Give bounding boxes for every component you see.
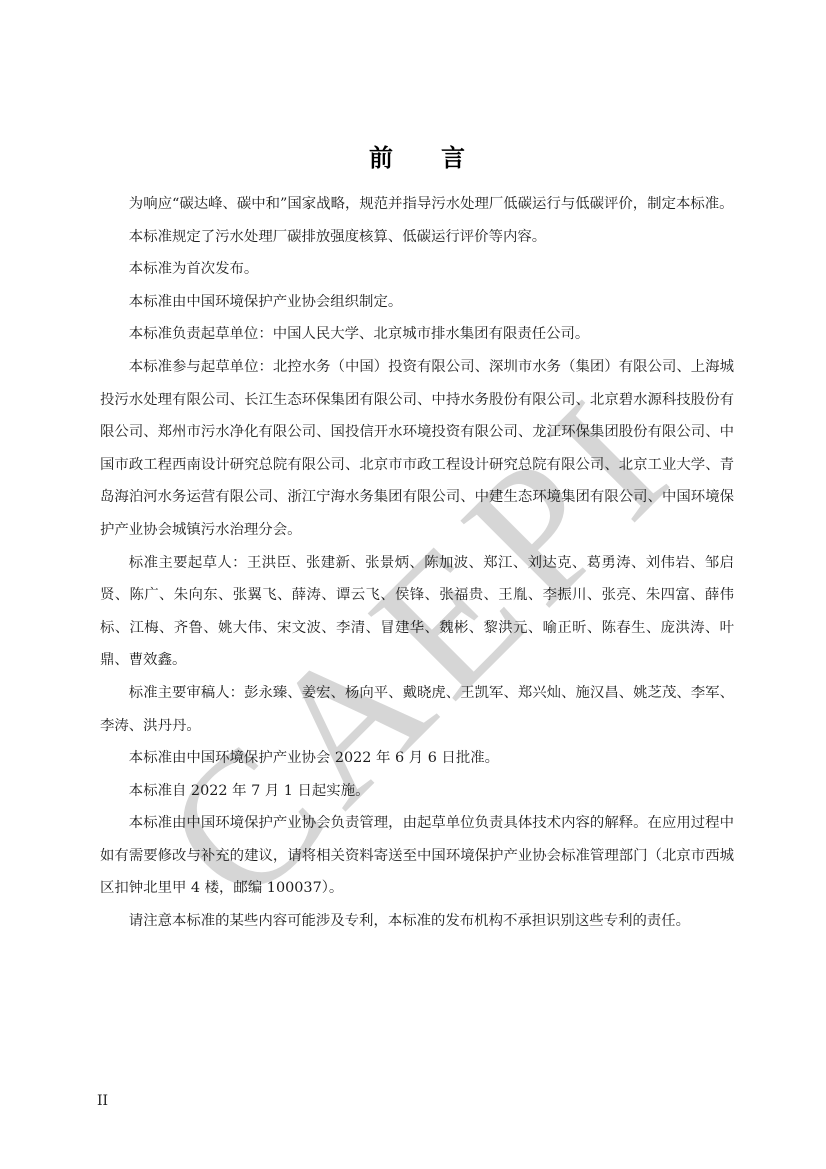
paragraph-4: 本标准由中国环境保护产业协会组织制定。 bbox=[100, 286, 734, 319]
paragraph-6: 本标准参与起草单位：北控水务（中国）投资有限公司、深圳市水务（集团）有限公司、上… bbox=[100, 351, 734, 547]
paragraph-12: 请注意本标准的某些内容可能涉及专利，本标准的发布机构不承担识别这些专利的责任。 bbox=[100, 905, 734, 938]
page-title: 前 言 bbox=[100, 143, 734, 173]
document-page: CAEPI 前 言 为响应“碳达峰、碳中和”国家战略，规范并指导污水处理厂低碳运… bbox=[0, 0, 826, 1169]
page-number: II bbox=[97, 1092, 108, 1110]
paragraph-10: 本标准自 2022 年 7 月 1 日起实施。 bbox=[100, 775, 734, 808]
paragraph-3: 本标准为首次发布。 bbox=[100, 253, 734, 286]
paragraph-2: 本标准规定了污水处理厂碳排放强度核算、低碳运行评价等内容。 bbox=[100, 221, 734, 254]
paragraph-9: 本标准由中国环境保护产业协会 2022 年 6 月 6 日批准。 bbox=[100, 742, 734, 775]
paragraph-1: 为响应“碳达峰、碳中和”国家战略，规范并指导污水处理厂低碳运行与低碳评价，制定本… bbox=[100, 188, 734, 221]
paragraph-5: 本标准负责起草单位：中国人民大学、北京城市排水集团有限责任公司。 bbox=[100, 318, 734, 351]
paragraph-8: 标准主要审稿人：彭永臻、姜宏、杨向平、戴晓虎、王凯军、郑兴灿、施汉昌、姚芝茂、李… bbox=[100, 677, 734, 742]
paragraph-11: 本标准由中国环境保护产业协会负责管理，由起草单位负责具体技术内容的解释。在应用过… bbox=[100, 807, 734, 905]
foreword-body: 为响应“碳达峰、碳中和”国家战略，规范并指导污水处理厂低碳运行与低碳评价，制定本… bbox=[100, 188, 734, 938]
paragraph-7: 标准主要起草人：王洪臣、张建新、张景炳、陈加波、郑江、刘达克、葛勇涛、刘伟岩、邹… bbox=[100, 547, 734, 677]
